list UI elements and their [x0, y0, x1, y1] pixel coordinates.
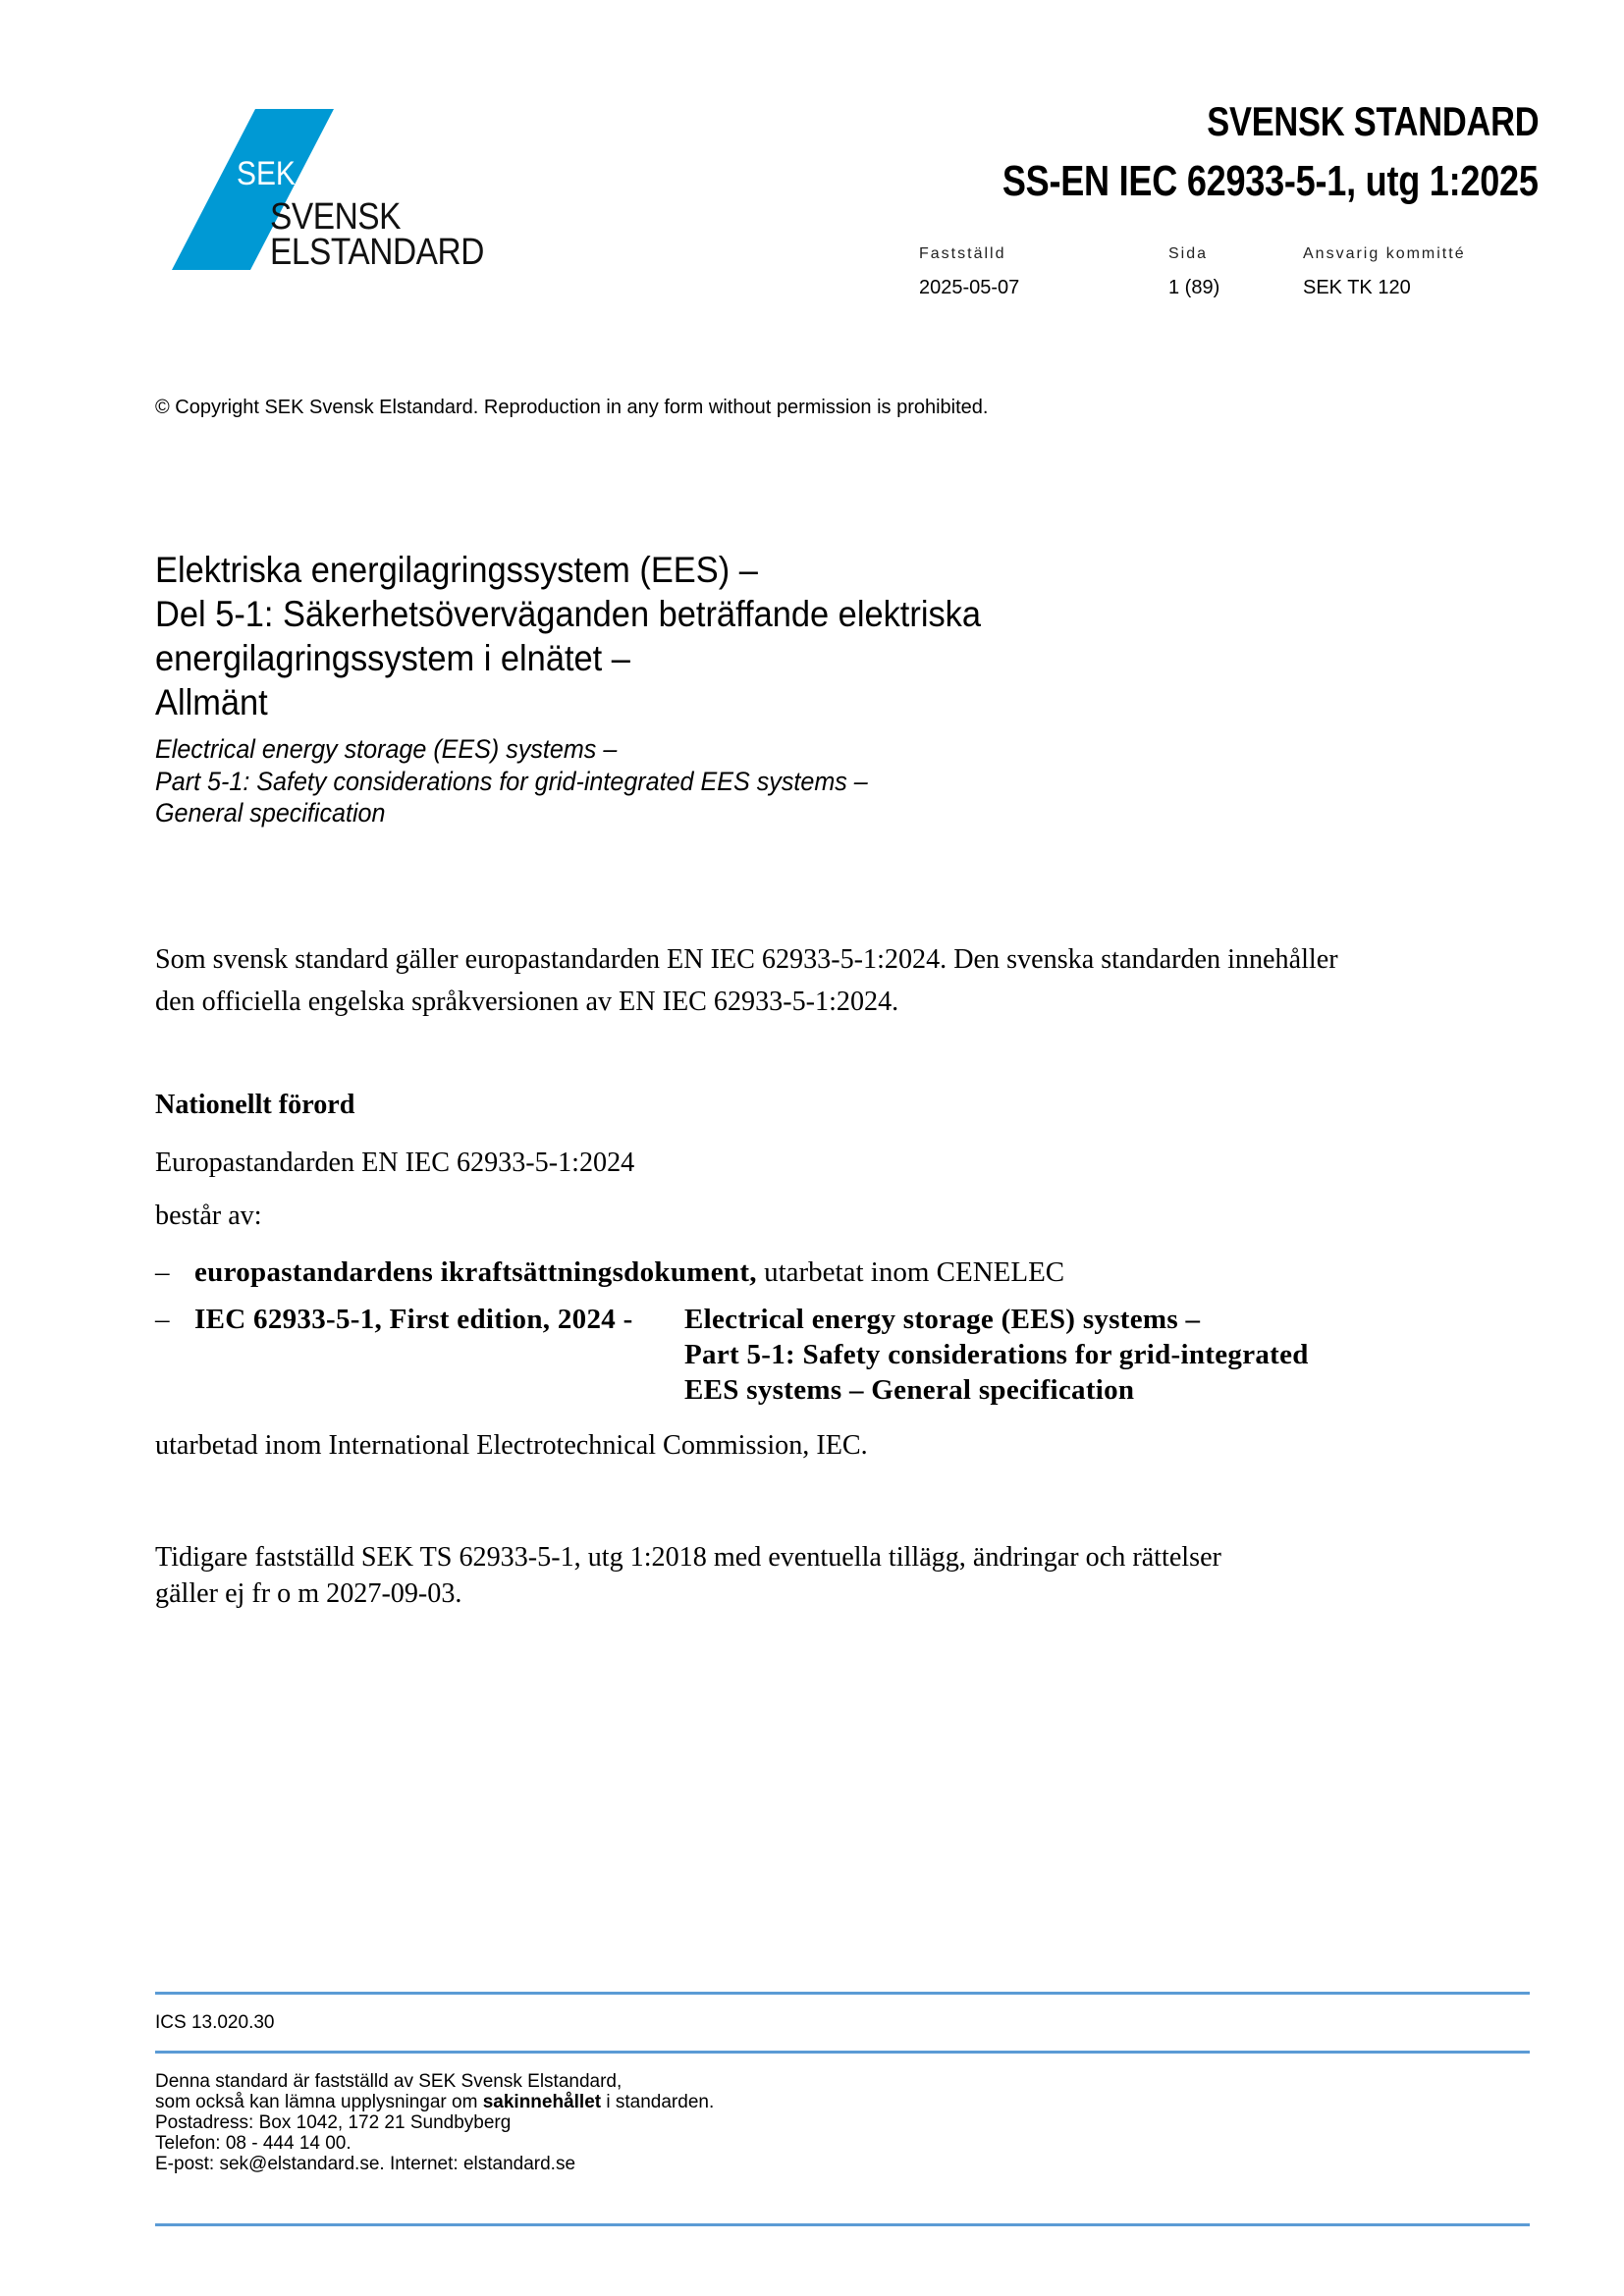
bullet-2-title-line-1: Electrical energy storage (EES) systems … [684, 1304, 1200, 1336]
sek-logo: SEK SVENSK ELSTANDARD [172, 106, 506, 273]
bullet-item-1: europastandardens ikraftsättningsdokumen… [194, 1256, 1064, 1289]
title-sv-line-4: Allmänt [155, 682, 268, 723]
meta-value-established: 2025-05-07 [919, 277, 1019, 299]
footer-line-2: som också kan lämna upplysningar om saki… [155, 2092, 714, 2113]
foreword-line-2: består av: [155, 1200, 262, 1232]
previous-line-2: gäller ej fr o m 2027-09-03. [155, 1577, 461, 1610]
header-title: SVENSK STANDARD [1207, 98, 1539, 145]
bullet-dash-1: – [155, 1256, 170, 1289]
footer-line-1: Denna standard är fastställd av SEK Sven… [155, 2071, 622, 2093]
title-sv-line-2: Del 5-1: Säkerhetsöverväganden beträffan… [155, 594, 981, 635]
intro-line-1: Som svensk standard gäller europastandar… [155, 943, 1338, 976]
footer-line-2-bold: sakinnehållet [483, 2092, 601, 2112]
footer-phone: Telefon: 08 - 444 14 00. [155, 2133, 352, 2155]
meta-value-committee: SEK TK 120 [1303, 277, 1411, 299]
foreword-line-1: Europastandarden EN IEC 62933-5-1:2024 [155, 1147, 634, 1179]
foreword-closing: utarbetad inom International Electrotech… [155, 1429, 868, 1462]
ics-code: ICS 13.020.30 [155, 2012, 274, 2034]
title-sv-line-3: energilagringssystem i elnätet – [155, 638, 630, 679]
footer-rule-middle [155, 2051, 1530, 2054]
footer-line-2-a: som också kan lämna upplysningar om [155, 2092, 483, 2112]
title-en-line-3: General specification [155, 798, 385, 828]
bullet-dash-2: – [155, 1304, 170, 1336]
bullet-2-title-line-3: EES systems – General specification [684, 1374, 1134, 1407]
footer-rule-top [155, 1992, 1530, 1995]
meta-label-page: Sida [1168, 245, 1208, 263]
logo-badge-text: SEK [237, 155, 296, 193]
bullet-2-title-line-2: Part 5-1: Safety considerations for grid… [684, 1339, 1309, 1371]
previous-line-1: Tidigare fastställd SEK TS 62933-5-1, ut… [155, 1541, 1221, 1574]
title-en-line-2: Part 5-1: Safety considerations for grid… [155, 767, 868, 797]
footer-rule-bottom [155, 2223, 1530, 2226]
footer-postal-address: Postadress: Box 1042, 172 21 Sundbyberg [155, 2112, 511, 2134]
meta-label-committee: Ansvarig kommitté [1303, 245, 1466, 263]
bullet-1-rest: utarbetat inom CENELEC [757, 1256, 1064, 1288]
national-foreword-heading: Nationellt förord [155, 1089, 354, 1121]
footer-email-web: E-post: sek@elstandard.se. Internet: els… [155, 2154, 575, 2175]
title-sv-line-1: Elektriska energilagringssystem (EES) – [155, 550, 758, 591]
footer-line-2-c: i standarden. [601, 2092, 714, 2112]
standard-number: SS-EN IEC 62933-5-1, utg 1:2025 [1002, 157, 1539, 206]
intro-line-2: den officiella engelska språkversionen a… [155, 986, 898, 1018]
logo-line-elstandard: ELSTANDARD [270, 232, 484, 274]
bullet-2-bold: IEC 62933-5-1, First edition, 2024 - [194, 1304, 633, 1336]
meta-value-page: 1 (89) [1168, 277, 1219, 299]
meta-label-established: Fastställd [919, 245, 1005, 263]
title-en-line-1: Electrical energy storage (EES) systems … [155, 734, 617, 765]
bullet-1-bold: europastandardens ikraftsättningsdokumen… [194, 1256, 757, 1288]
copyright-notice: © Copyright SEK Svensk Elstandard. Repro… [155, 397, 988, 419]
